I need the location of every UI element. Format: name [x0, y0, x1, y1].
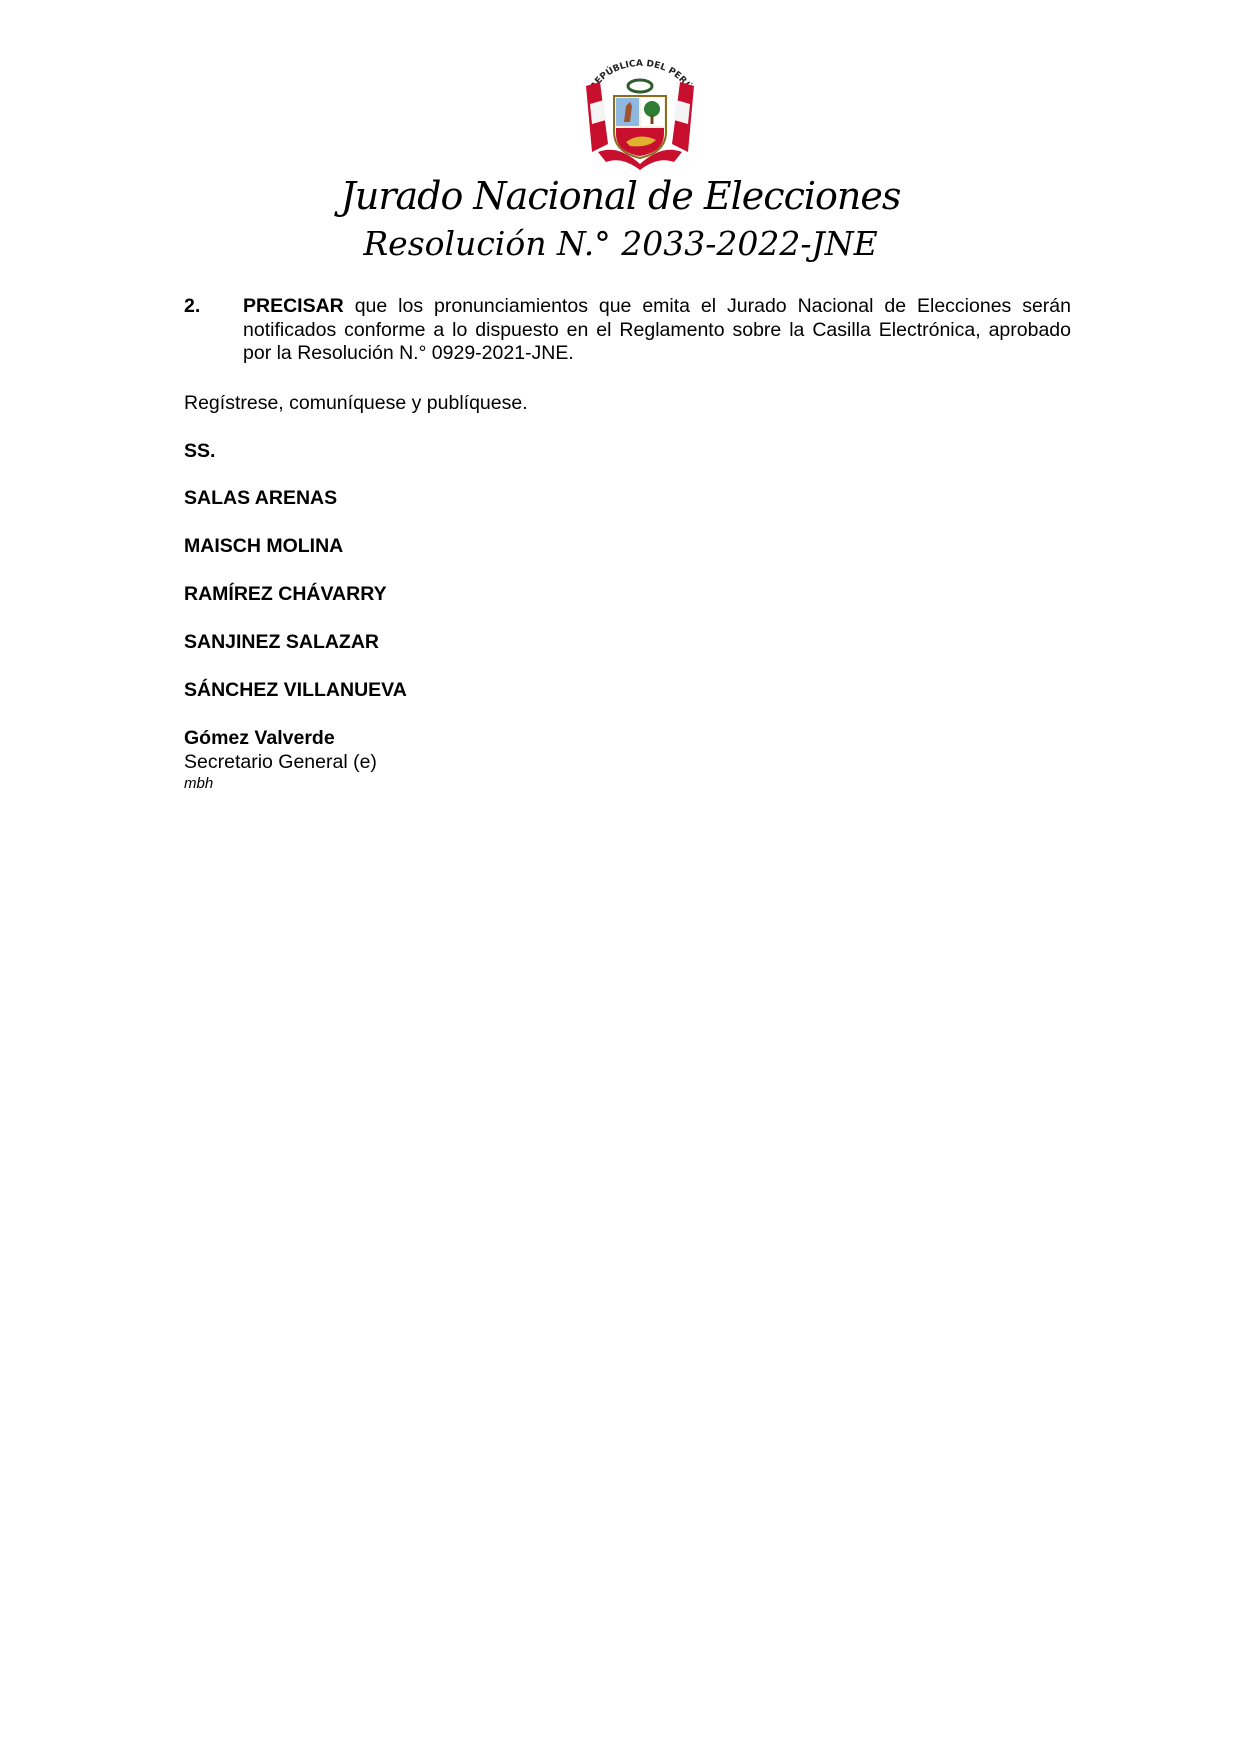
secretary-name: Gómez Valverde: [184, 726, 335, 750]
closing-formula: Regístrese, comuníquese y publíquese.: [184, 391, 528, 415]
item-body: que los pronunciamientos que emita el Ju…: [243, 295, 1071, 364]
svg-text:REPÚBLICA DEL PERÚ: REPÚBLICA DEL PERÚ: [589, 59, 695, 92]
resolution-item-2: 2. PRECISAR que los pronunciamientos que…: [184, 295, 1071, 366]
signatory-2: MAISCH MOLINA: [184, 534, 343, 558]
signatory-5: SÁNCHEZ VILLANUEVA: [184, 678, 407, 702]
peru-coat-of-arms-icon: REPÚBLICA DEL PERÚ: [578, 52, 702, 172]
signatory-3: RAMÍREZ CHÁVARRY: [184, 582, 387, 606]
secretary-title: Secretario General (e): [184, 750, 377, 774]
resolution-number: Resolución N.° 2033-2022-JNE: [0, 222, 1241, 266]
signatory-4: SANJINEZ SALAZAR: [184, 630, 379, 654]
item-keyword: PRECISAR: [243, 295, 344, 317]
signatory-1: SALAS ARENAS: [184, 486, 337, 510]
item-number: 2.: [184, 295, 200, 319]
institution-title: Jurado Nacional de Elecciones: [0, 172, 1241, 220]
ss-label: SS.: [184, 439, 215, 463]
coat-of-arms-emblem: REPÚBLICA DEL PERÚ: [578, 52, 702, 172]
typist-initials: mbh: [184, 775, 213, 793]
item-text: PRECISAR que los pronunciamientos que em…: [243, 295, 1071, 366]
